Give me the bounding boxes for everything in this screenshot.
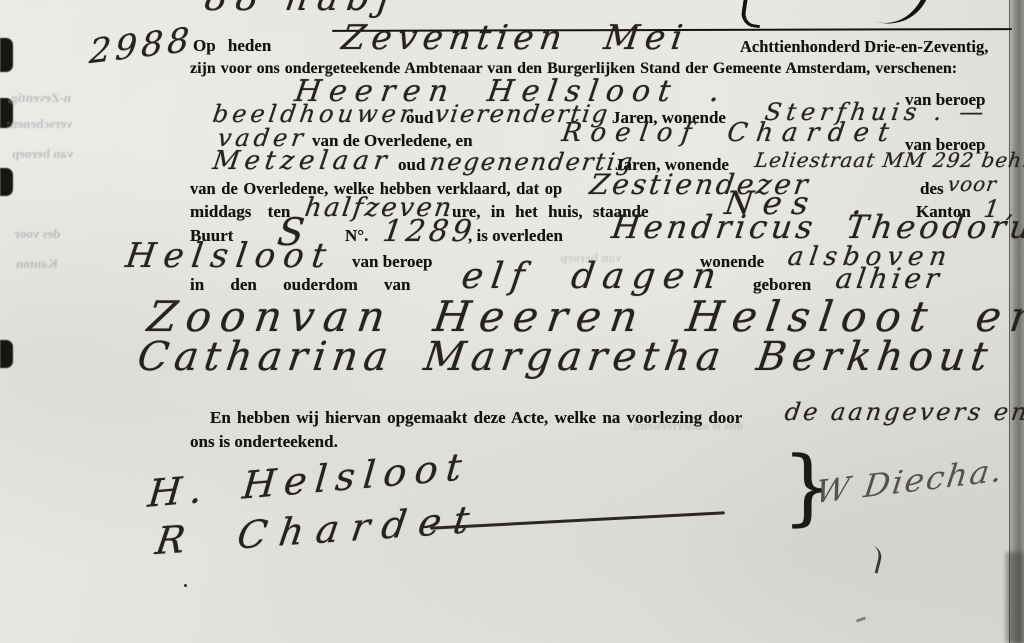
- bleedthrough-text: n-Zeventig,: [7, 90, 71, 106]
- bleedthrough-text: van beroep: [11, 146, 74, 162]
- written-closing-insert: de aangevers en: [783, 398, 1024, 426]
- scan-edge-artifact: [0, 168, 13, 196]
- written-deceased-surname: Helsloot: [123, 236, 336, 276]
- paper-speck: [856, 616, 866, 622]
- written-declarant2-name: Roelof Chardet: [560, 118, 900, 148]
- bleedthrough-text: des voor: [13, 226, 61, 242]
- written-daypart: voor: [946, 172, 998, 196]
- written-registration-date: Zeventien Mei: [339, 18, 691, 58]
- printed-van-beroep: van beroep: [352, 252, 432, 272]
- written-birthplace: alhier: [834, 262, 945, 295]
- bleedthrough-text: verschenen:: [5, 116, 73, 132]
- printed-middags-ten: middags ten: [190, 202, 290, 222]
- death-certificate-page: n-Zeventig, verschenen: van beroep des v…: [0, 0, 1024, 643]
- printed-closing-line1: En hebben wij hiervan opgemaakt deze Act…: [210, 408, 742, 428]
- paper-speck: [184, 584, 187, 587]
- previous-entry-fragment: 88 habj: [202, 0, 400, 19]
- scan-edge-artifact: [0, 38, 13, 72]
- bleedthrough-text: Kanton: [15, 256, 58, 272]
- printed-oud: oud: [398, 155, 425, 175]
- written-deceased-firstnames: Hendricus Theodorus: [609, 208, 1024, 246]
- paper-speck: [488, 166, 491, 169]
- written-age-at-death: elf dagen: [459, 256, 726, 297]
- ink-stroke-fragment: [740, 0, 764, 28]
- printed-des: des: [920, 179, 944, 199]
- printed-nr: N°.: [345, 226, 368, 246]
- printed-oud: oud: [406, 108, 433, 128]
- page-edge-shadow-bottom: [1006, 552, 1024, 643]
- printed-year: Achttienhonderd Drie-en-Zeventig,: [740, 37, 988, 57]
- printed-op-heden: Op heden: [193, 36, 271, 56]
- printed-is-overleden: , is overleden: [468, 226, 563, 246]
- written-house-number: 1289: [381, 214, 478, 249]
- printed-closing-line2: ons is onderteekend.: [190, 432, 338, 452]
- ink-stroke-fragment: [861, 544, 884, 573]
- scan-edge-artifact: [0, 340, 13, 368]
- written-declarant2-occupation: Metzelaar: [211, 146, 394, 176]
- signature-registrar: W Diecha.: [814, 451, 1007, 511]
- written-filiation-line2: Catharina Margaretha Berkhout .: [135, 334, 1024, 380]
- record-number: 2988: [88, 20, 194, 72]
